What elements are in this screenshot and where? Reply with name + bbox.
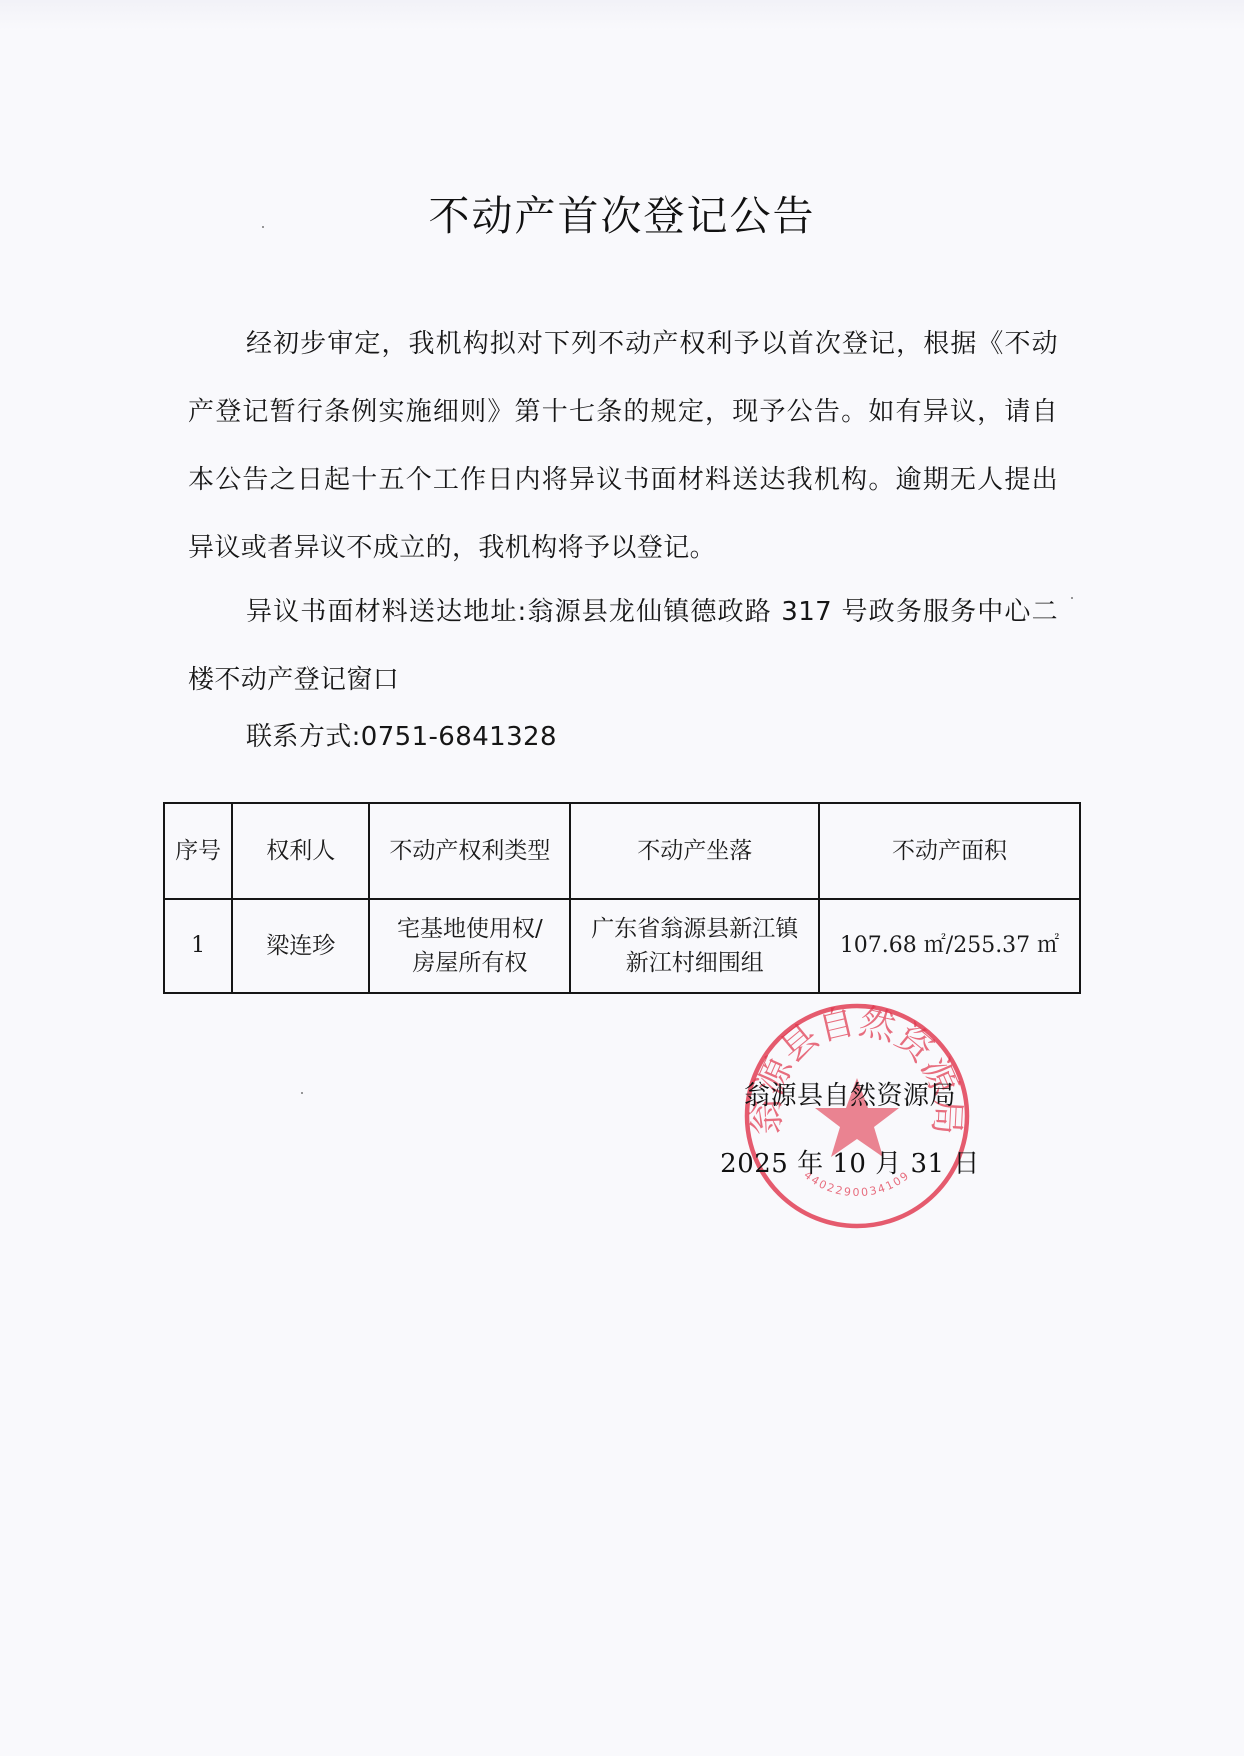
objection-address-paragraph: 异议书面材料送达地址:翁源县龙仙镇德政路 317 号政务服务中心二楼不动产登记窗… (188, 578, 1058, 714)
header-location: 不动产坐落 (570, 803, 819, 899)
header-area: 不动产面积 (819, 803, 1080, 899)
cell-area: 107.68 ㎡/255.37 ㎡ (819, 899, 1080, 993)
header-right-type: 不动产权利类型 (369, 803, 570, 899)
header-index: 序号 (164, 803, 232, 899)
cell-right-type: 宅基地使用权/ 房屋所有权 (369, 899, 570, 993)
issue-date: 2025 年 10 月 31 日 (720, 1143, 980, 1180)
issuing-organization: 翁源县自然资源局 (720, 1075, 980, 1112)
right-type-line-2: 房屋所有权 (374, 946, 565, 980)
document-page: 不动产首次登记公告 经初步审定，我机构拟对下列不动产权利予以首次登记，根据《不动… (0, 0, 1244, 1756)
right-type-line-1: 宅基地使用权/ (374, 912, 565, 946)
scan-speck (1071, 597, 1073, 599)
cell-location: 广东省翁源县新江镇 新江村细围组 (570, 899, 819, 993)
official-seal: 翁源县自然资源局 4402290034109 (741, 1000, 973, 1232)
cell-index: 1 (164, 899, 232, 993)
notice-paragraph: 经初步审定，我机构拟对下列不动产权利予以首次登记，根据《不动产登记暂行条例实施细… (188, 310, 1058, 582)
location-line-1: 广东省翁源县新江镇 (575, 912, 814, 946)
table-row: 1 梁连珍 宅基地使用权/ 房屋所有权 广东省翁源县新江镇 新江村细围组 107… (164, 899, 1080, 993)
scan-speck (301, 1092, 303, 1094)
location-line-2: 新江村细围组 (575, 946, 814, 980)
cell-holder: 梁连珍 (232, 899, 369, 993)
page-title: 不动产首次登记公告 (0, 183, 1244, 242)
table-header-row: 序号 权利人 不动产权利类型 不动产坐落 不动产面积 (164, 803, 1080, 899)
contact-paragraph: 联系方式:0751-6841328 (188, 703, 1058, 771)
header-holder: 权利人 (232, 803, 369, 899)
registration-table: 序号 权利人 不动产权利类型 不动产坐落 不动产面积 1 梁连珍 宅基地使用权/… (163, 802, 1081, 994)
scan-speck (262, 226, 264, 228)
